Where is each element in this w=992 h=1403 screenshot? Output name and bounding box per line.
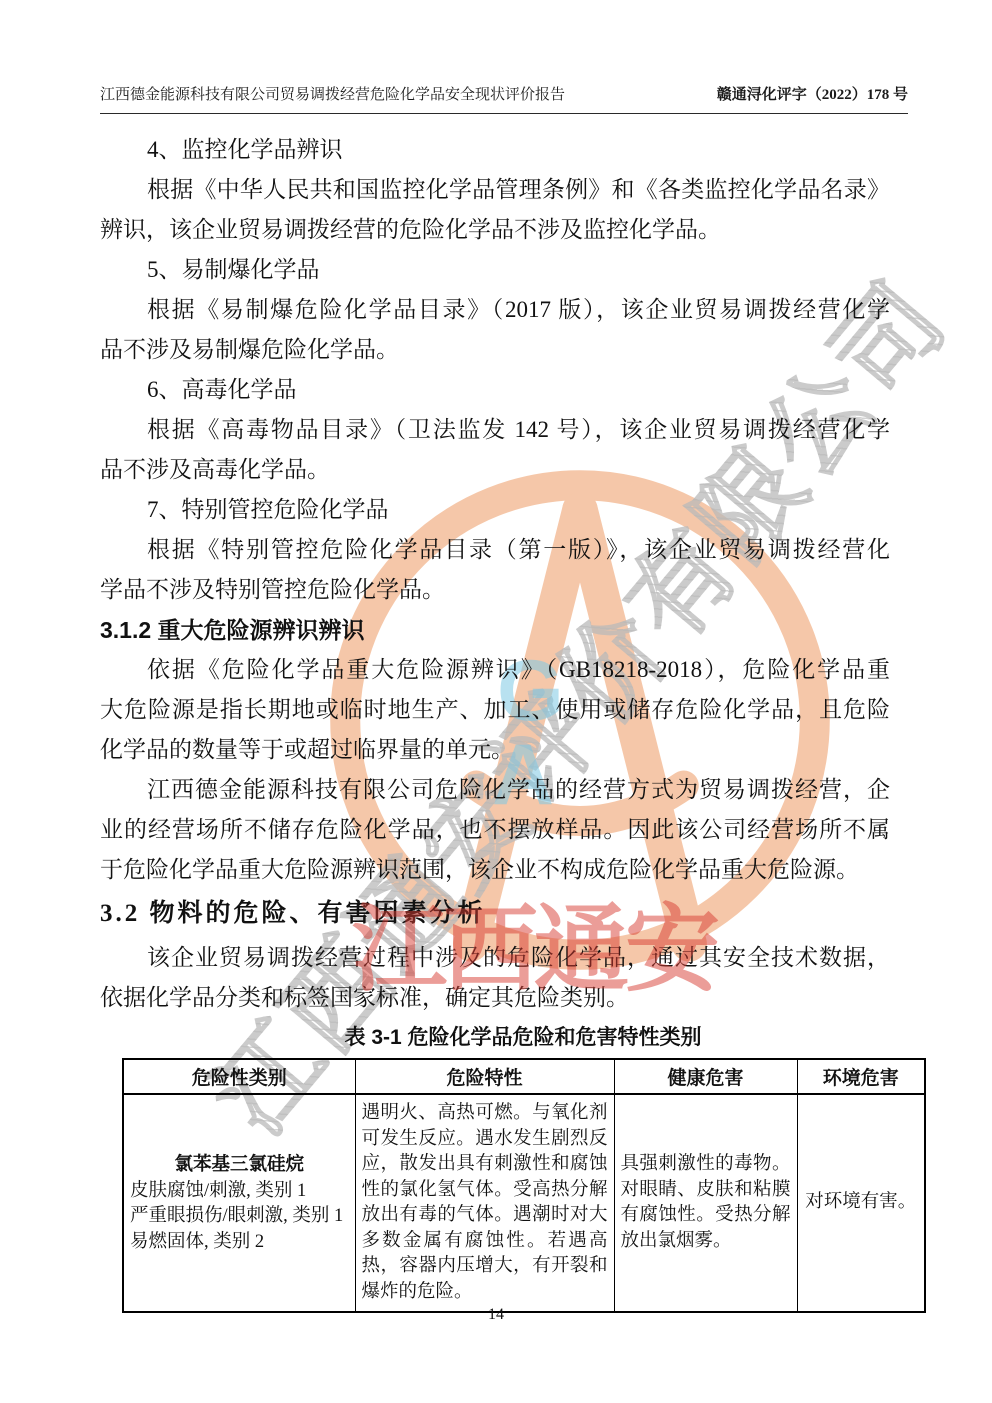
- body-line: 4、监控化学品辨识: [100, 130, 890, 170]
- hazard-class-line: 严重眼损伤/眼刺激, 类别 1: [130, 1204, 349, 1230]
- table-caption: 表 3-1 危险化学品危险和危害特性类别: [122, 1018, 924, 1058]
- header-report-title: 江西德金能源科技有限公司贸易调拨经营危险化学品安全现状评价报告: [100, 84, 565, 106]
- page-header: 江西德金能源科技有限公司贸易调拨经营危险化学品安全现状评价报告 赣通浔化评字（2…: [100, 84, 908, 114]
- header-document-number: 赣通浔化评字（2022）178 号: [717, 84, 908, 106]
- col-header-hazard-characteristic: 危险特性: [355, 1059, 614, 1094]
- col-header-health-hazard: 健康危害: [614, 1059, 797, 1094]
- body-line: 5、易制爆化学品: [100, 250, 890, 290]
- body-line: 于危险化学品重大危险源辨识范围，该企业不构成危险化学品重大危险源。: [100, 850, 890, 890]
- table-header-row: 危险性类别 危险特性 健康危害 环境危害: [123, 1059, 925, 1094]
- body-line: 依据化学品分类和标签国家标准，确定其危险类别。: [100, 978, 890, 1018]
- section-heading-3-2: 3.2 物料的危险、有害因素分析: [100, 890, 890, 938]
- health-hazard-text: 具强刺激性的毒物。对眼睛、皮肤和粘膜有腐蚀性。受热分解放出氯烟雾。: [621, 1152, 791, 1254]
- body-line: 业的经营场所不储存危险化学品，也不摆放样品。因此该公司经营场所不属: [100, 810, 890, 850]
- table-row: 氯苯基三氯硅烷 皮肤腐蚀/刺激, 类别 1 严重眼损伤/眼刺激, 类别 1 易燃…: [123, 1094, 925, 1312]
- hazard-class-line: 易燃固体, 类别 2: [130, 1230, 349, 1256]
- body-line: 辨识，该企业贸易调拨经营的危险化学品不涉及监控化学品。: [100, 210, 890, 250]
- body-text: 4、监控化学品辨识 根据《中华人民共和国监控化学品管理条例》和《各类监控化学品名…: [100, 130, 890, 1313]
- body-line: 该企业贸易调拨经营过程中涉及的危险化学品，通过其安全技术数据，: [100, 938, 890, 978]
- body-line: 7、特别管控危险化学品: [100, 490, 890, 530]
- hazard-characteristic-text: 遇明火、高热可燃。与氧化剂可发生反应。遇水发生剧烈反应，散发出具有刺激性和腐蚀性…: [362, 1101, 608, 1305]
- col-header-hazard-class: 危险性类别: [123, 1059, 355, 1094]
- body-line: 品不涉及高毒化学品。: [100, 450, 890, 490]
- cell-hazard-class: 氯苯基三氯硅烷 皮肤腐蚀/刺激, 类别 1 严重眼损伤/眼刺激, 类别 1 易燃…: [123, 1094, 355, 1312]
- cell-hazard-characteristic: 遇明火、高热可燃。与氧化剂可发生反应。遇水发生剧烈反应，散发出具有刺激性和腐蚀性…: [355, 1094, 614, 1312]
- body-line: 品不涉及易制爆危险化学品。: [100, 330, 890, 370]
- document-page: 江西通安评价有限公司 G A 江西通安 江西德金能源科技有限公司贸易调拨经营危险…: [0, 0, 992, 1403]
- body-line: 江西德金能源科技有限公司危险化学品的经营方式为贸易调拨经营，企: [100, 770, 890, 810]
- hazard-class-line: 皮肤腐蚀/刺激, 类别 1: [130, 1179, 349, 1205]
- col-header-environment-hazard: 环境危害: [797, 1059, 925, 1094]
- body-line: 学品不涉及特别管控危险化学品。: [100, 570, 890, 610]
- cell-environment-hazard: 对环境有害。: [797, 1094, 925, 1312]
- hazard-table: 危险性类别 危险特性 健康危害 环境危害 氯苯基三氯硅烷 皮肤腐蚀/刺激, 类别…: [122, 1058, 926, 1313]
- section-heading-3-1-2: 3.1.2 重大危险源辨识辨识: [100, 610, 890, 650]
- body-line: 根据《易制爆危险化学品目录》（2017 版），该企业贸易调拨经营化学: [100, 290, 890, 330]
- body-line: 根据《高毒物品目录》（卫法监发 142 号），该企业贸易调拨经营化学: [100, 410, 890, 450]
- body-line: 大危险源是指长期地或临时地生产、加工、使用或储存危险化学品，且危险: [100, 690, 890, 730]
- body-line: 根据《中华人民共和国监控化学品管理条例》和《各类监控化学品名录》: [100, 170, 890, 210]
- body-line: 6、高毒化学品: [100, 370, 890, 410]
- cell-health-hazard: 具强刺激性的毒物。对眼睛、皮肤和粘膜有腐蚀性。受热分解放出氯烟雾。: [614, 1094, 797, 1312]
- body-line: 化学品的数量等于或超过临界量的单元。: [100, 730, 890, 770]
- body-line: 依据《危险化学品重大危险源辨识》（GB18218-2018），危险化学品重: [100, 650, 890, 690]
- page-number: 14: [0, 1306, 992, 1324]
- body-line: 根据《特别管控危险化学品目录（第一版）》，该企业贸易调拨经营化: [100, 530, 890, 570]
- chemical-name: 氯苯基三氯硅烷: [130, 1151, 349, 1177]
